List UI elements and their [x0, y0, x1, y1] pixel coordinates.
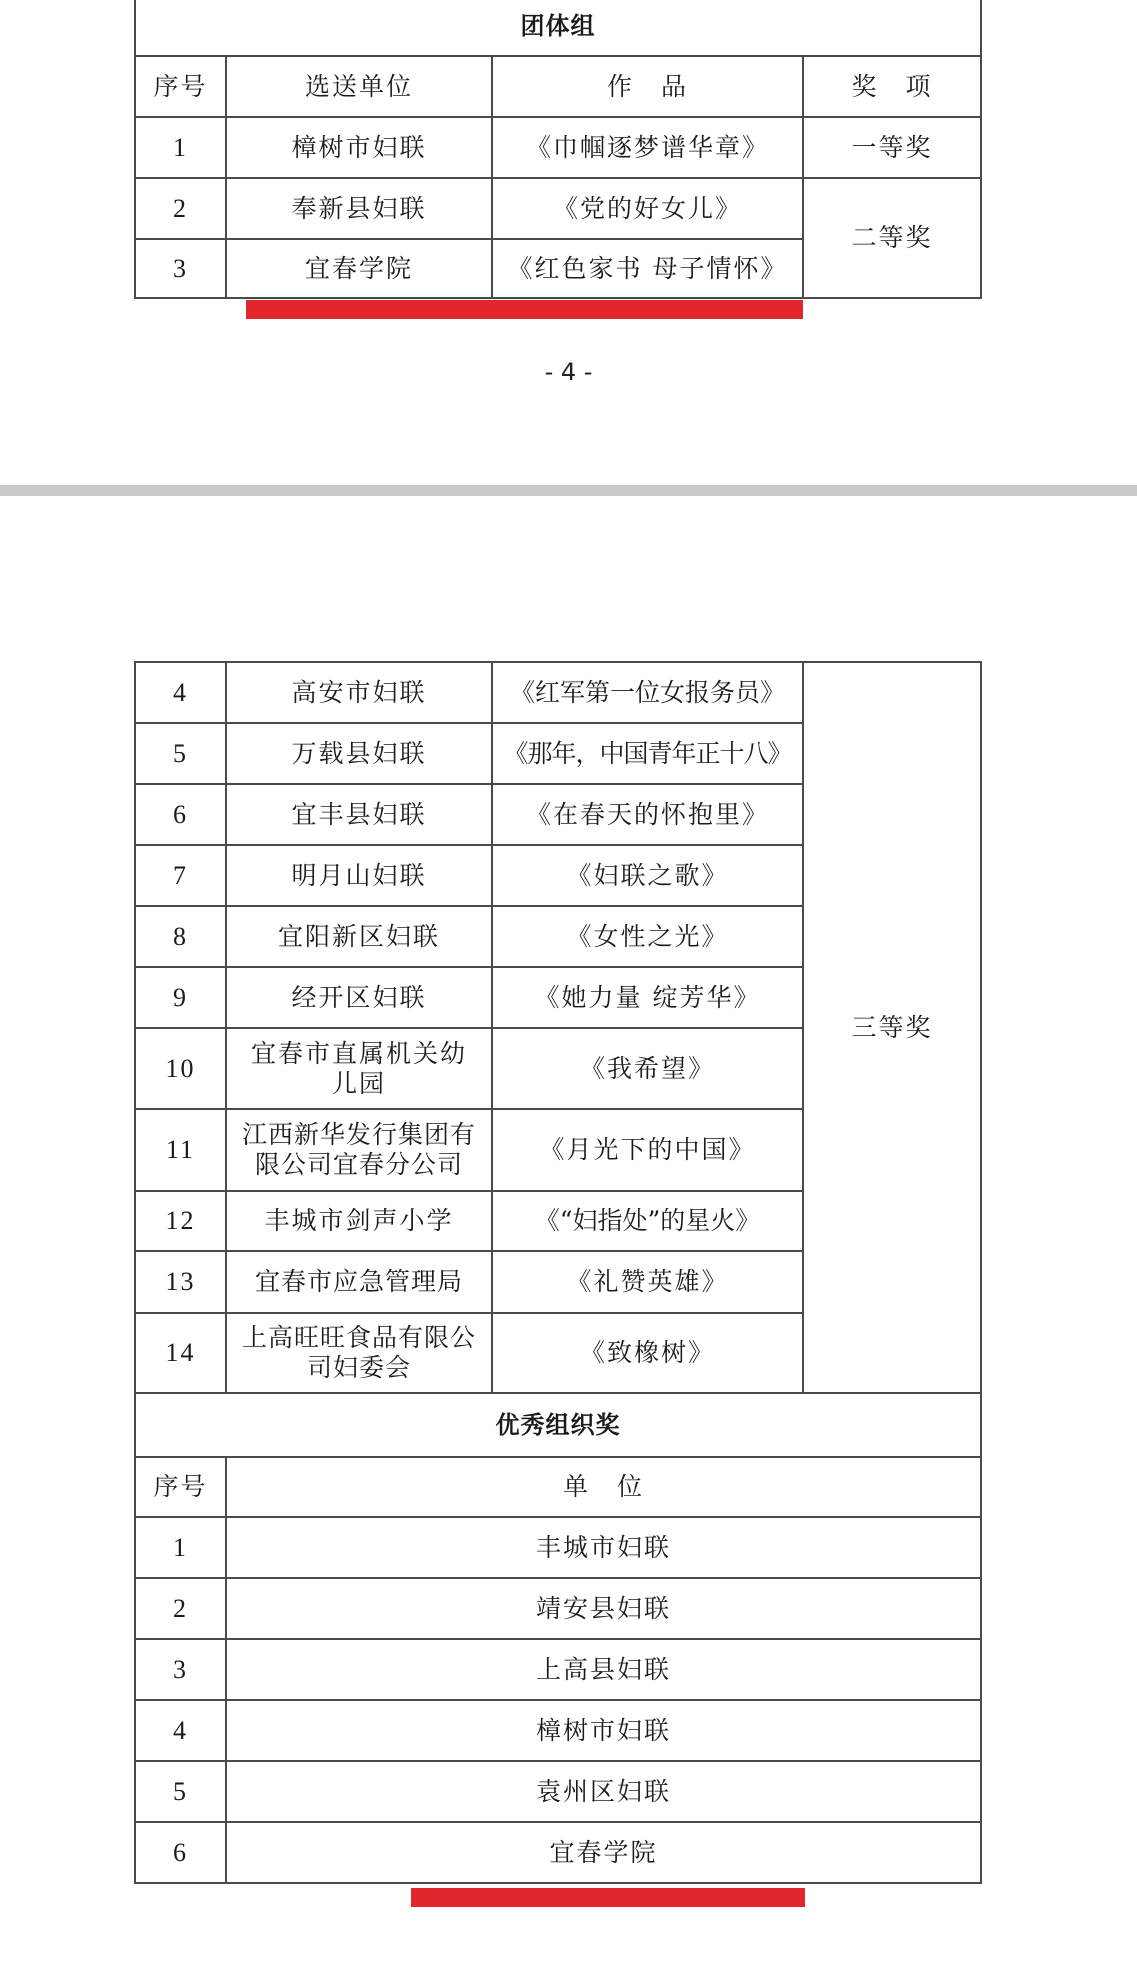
row-seq: 4	[135, 662, 226, 723]
header-work: 作 品	[492, 56, 803, 117]
row-unit: 宜春学院	[226, 239, 492, 298]
award-first: 一等奖	[803, 117, 981, 178]
row-seq: 8	[135, 906, 226, 967]
row-seq: 1	[135, 117, 226, 178]
row-unit: 宜丰县妇联	[226, 784, 492, 845]
row-work: 《她力量 绽芳华》	[492, 967, 803, 1028]
row-seq: 12	[135, 1191, 226, 1251]
row-seq: 7	[135, 845, 226, 906]
row-seq: 3	[135, 239, 226, 298]
row-work: 《红军第一位女报务员》	[492, 662, 803, 723]
table-row: 3 上高县妇联	[135, 1639, 981, 1700]
row-seq: 6	[135, 784, 226, 845]
header-seq: 序号	[135, 56, 226, 117]
award-second: 二等奖	[803, 178, 981, 298]
row-seq: 1	[135, 1517, 226, 1578]
row-unit: 靖安县妇联	[226, 1578, 981, 1639]
table-row: 5 袁州区妇联	[135, 1761, 981, 1822]
section-title-org-award: 优秀组织奖	[135, 1393, 981, 1457]
table-row: 2 靖安县妇联	[135, 1578, 981, 1639]
row-unit: 丰城市剑声小学	[226, 1191, 492, 1251]
row-work: 《党的好女儿》	[492, 178, 803, 239]
highlight-underline-1	[246, 300, 803, 319]
section-title-group: 团体组	[135, 0, 981, 56]
row-work: 《妇联之歌》	[492, 845, 803, 906]
row-unit: 宜阳新区妇联	[226, 906, 492, 967]
table-row: 4 樟树市妇联	[135, 1700, 981, 1761]
row-unit: 宜春市直属机关幼儿园	[226, 1028, 492, 1109]
row-work: 《月光下的中国》	[492, 1109, 803, 1191]
row-seq: 9	[135, 967, 226, 1028]
award-third: 三等奖	[803, 662, 981, 1393]
row-work: 《巾帼逐梦谱华章》	[492, 117, 803, 178]
row-seq: 11	[135, 1109, 226, 1191]
row-work: 《女性之光》	[492, 906, 803, 967]
row-unit: 经开区妇联	[226, 967, 492, 1028]
row-seq: 13	[135, 1251, 226, 1313]
row-seq: 3	[135, 1639, 226, 1700]
row-work: 《我希望》	[492, 1028, 803, 1109]
row-seq: 6	[135, 1822, 226, 1883]
table-row: 2 奉新县妇联 《党的好女儿》 二等奖	[135, 178, 981, 239]
page-separator	[0, 485, 1137, 496]
row-unit: 万载县妇联	[226, 723, 492, 784]
header-unit: 选送单位	[226, 56, 492, 117]
row-unit: 明月山妇联	[226, 845, 492, 906]
row-unit: 上高旺旺食品有限公司妇委会	[226, 1313, 492, 1393]
header-unit: 单 位	[226, 1457, 981, 1517]
row-unit: 丰城市妇联	[226, 1517, 981, 1578]
row-work: 《礼赞英雄》	[492, 1251, 803, 1313]
header-seq: 序号	[135, 1457, 226, 1517]
row-work: 《致橡树》	[492, 1313, 803, 1393]
highlight-underline-2	[411, 1888, 805, 1907]
table-row: 4 高安市妇联 《红军第一位女报务员》 三等奖	[135, 662, 981, 723]
row-seq: 2	[135, 178, 226, 239]
row-seq: 5	[135, 1761, 226, 1822]
row-work: 《在春天的怀抱里》	[492, 784, 803, 845]
row-unit: 樟树市妇联	[226, 117, 492, 178]
row-work: 《红色家书 母子情怀》	[492, 239, 803, 298]
row-seq: 5	[135, 723, 226, 784]
row-unit: 高安市妇联	[226, 662, 492, 723]
row-seq: 2	[135, 1578, 226, 1639]
group-table-page5: 4 高安市妇联 《红军第一位女报务员》 三等奖 5 万载县妇联 《那年，中国青年…	[134, 661, 982, 1884]
row-unit: 宜春学院	[226, 1822, 981, 1883]
row-unit: 奉新县妇联	[226, 178, 492, 239]
table-row: 1 樟树市妇联 《巾帼逐梦谱华章》 一等奖	[135, 117, 981, 178]
row-unit: 樟树市妇联	[226, 1700, 981, 1761]
row-unit: 江西新华发行集团有限公司宜春分公司	[226, 1109, 492, 1191]
table-row: 6 宜春学院	[135, 1822, 981, 1883]
header-award: 奖 项	[803, 56, 981, 117]
row-seq: 4	[135, 1700, 226, 1761]
row-seq: 10	[135, 1028, 226, 1109]
row-unit: 上高县妇联	[226, 1639, 981, 1700]
table-row: 1 丰城市妇联	[135, 1517, 981, 1578]
row-work: 《那年，中国青年正十八》	[492, 723, 803, 784]
row-seq: 14	[135, 1313, 226, 1393]
group-table-page4: 团体组 序号 选送单位 作 品 奖 项 1 樟树市妇联 《巾帼逐梦谱华章》 一等…	[134, 0, 982, 299]
row-unit: 宜春市应急管理局	[226, 1251, 492, 1313]
row-unit: 袁州区妇联	[226, 1761, 981, 1822]
page-number: - 4 -	[0, 358, 1137, 386]
row-work: 《“妇指处”的星火》	[492, 1191, 803, 1251]
